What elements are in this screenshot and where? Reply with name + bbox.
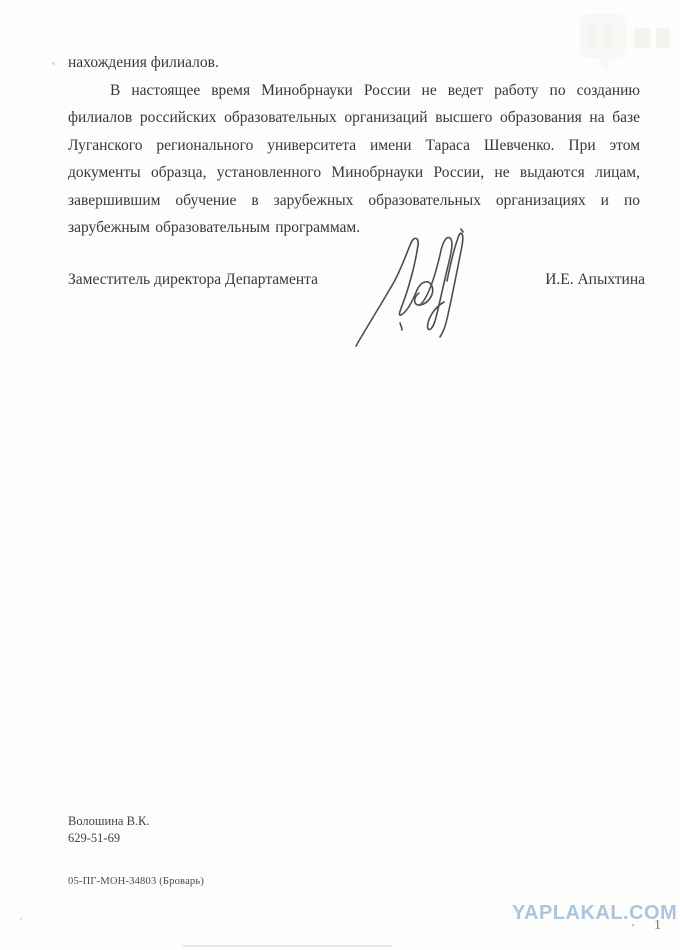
ghost-glyph: [587, 24, 597, 46]
scan-speck: [52, 62, 55, 65]
signer-position-title: Заместитель директора Департамента: [68, 271, 318, 289]
reference-number: 05-ПГ-МОН-34803 (Броварь): [68, 876, 204, 887]
paragraph-continuation: нахождения филиалов.: [68, 49, 640, 77]
scan-speck: [20, 918, 22, 920]
site-watermark: YAPLAKAL.COM: [512, 902, 677, 925]
ghost-glyph: [634, 28, 650, 48]
scan-artifact-corner-mark: 1: [654, 918, 661, 934]
scanned-document-page: нахождения филиалов. В настоящее время М…: [0, 0, 680, 950]
executor-name: Волошина В.К.: [68, 813, 150, 830]
ghost-glyph: [603, 24, 613, 46]
scan-artifact-tick: ’: [631, 922, 635, 934]
executor-phone: 629-51-69: [68, 830, 150, 847]
ghost-glyph: [656, 28, 670, 48]
handwritten-signature-icon: [352, 224, 474, 349]
paragraph-main: В настоящее время Минобрнауки России не …: [68, 77, 640, 242]
signer-name: И.Е. Апыхтина: [545, 271, 645, 289]
scan-streak: [182, 945, 392, 947]
letter-body: нахождения филиалов. В настоящее время М…: [68, 49, 640, 242]
executor-block: Волошина В.К. 629-51-69: [68, 813, 150, 846]
